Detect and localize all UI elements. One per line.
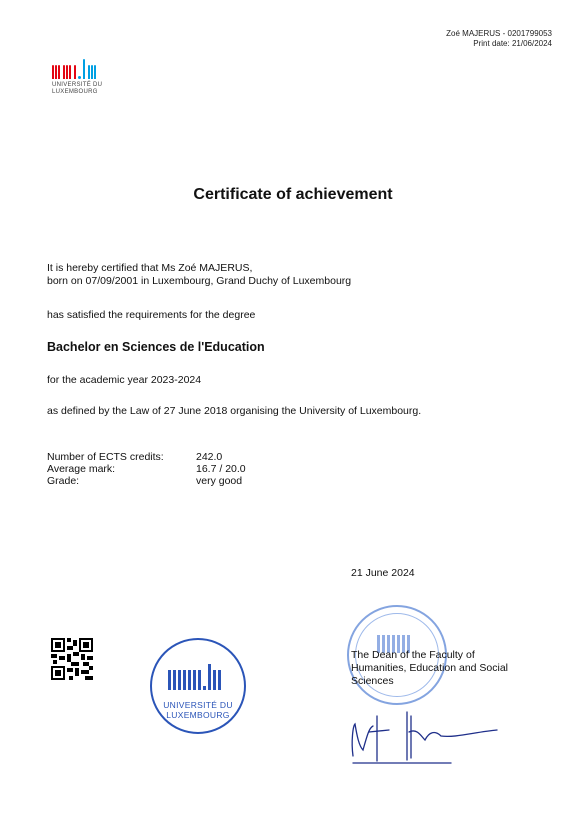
dean-title: The Dean of the Faculty of Humanities, E… bbox=[351, 649, 531, 688]
fact-row: Grade: very good bbox=[47, 475, 246, 487]
logo-text: UNIVERSITÉ DU LUXEMBOURG bbox=[52, 82, 112, 96]
print-header: Zoé MAJERUS - 0201799053 Print date: 21/… bbox=[446, 29, 552, 49]
university-logo: UNIVERSITÉ DU LUXEMBOURG bbox=[52, 57, 112, 96]
fact-row: Average mark: 16.7 / 20.0 bbox=[47, 463, 246, 475]
certified-line: It is hereby certified that Ms Zoé MAJER… bbox=[47, 262, 252, 275]
born-line: born on 07/09/2001 in Luxembourg, Grand … bbox=[47, 275, 351, 288]
degree-name: Bachelor en Sciences de l'Education bbox=[47, 340, 265, 354]
uni-lu-logo-icon bbox=[52, 57, 112, 79]
fact-row: Number of ECTS credits: 242.0 bbox=[47, 451, 246, 463]
qr-code-icon bbox=[51, 638, 93, 680]
student-id-line: Zoé MAJERUS - 0201799053 bbox=[446, 29, 552, 39]
issue-date: 21 June 2024 bbox=[351, 567, 415, 579]
law-line: as defined by the Law of 27 June 2018 or… bbox=[47, 405, 421, 418]
satisfied-line: has satisfied the requirements for the d… bbox=[47, 309, 255, 322]
facts-table: Number of ECTS credits: 242.0 Average ma… bbox=[47, 451, 246, 487]
print-date: Print date: 21/06/2024 bbox=[446, 39, 552, 49]
signature-icon bbox=[345, 706, 505, 766]
academic-year-line: for the academic year 2023-2024 bbox=[47, 374, 201, 387]
page-title: Certificate of achievement bbox=[0, 186, 586, 204]
university-stamp-icon: UNIVERSITÉ DU LUXEMBOURG bbox=[150, 638, 246, 734]
